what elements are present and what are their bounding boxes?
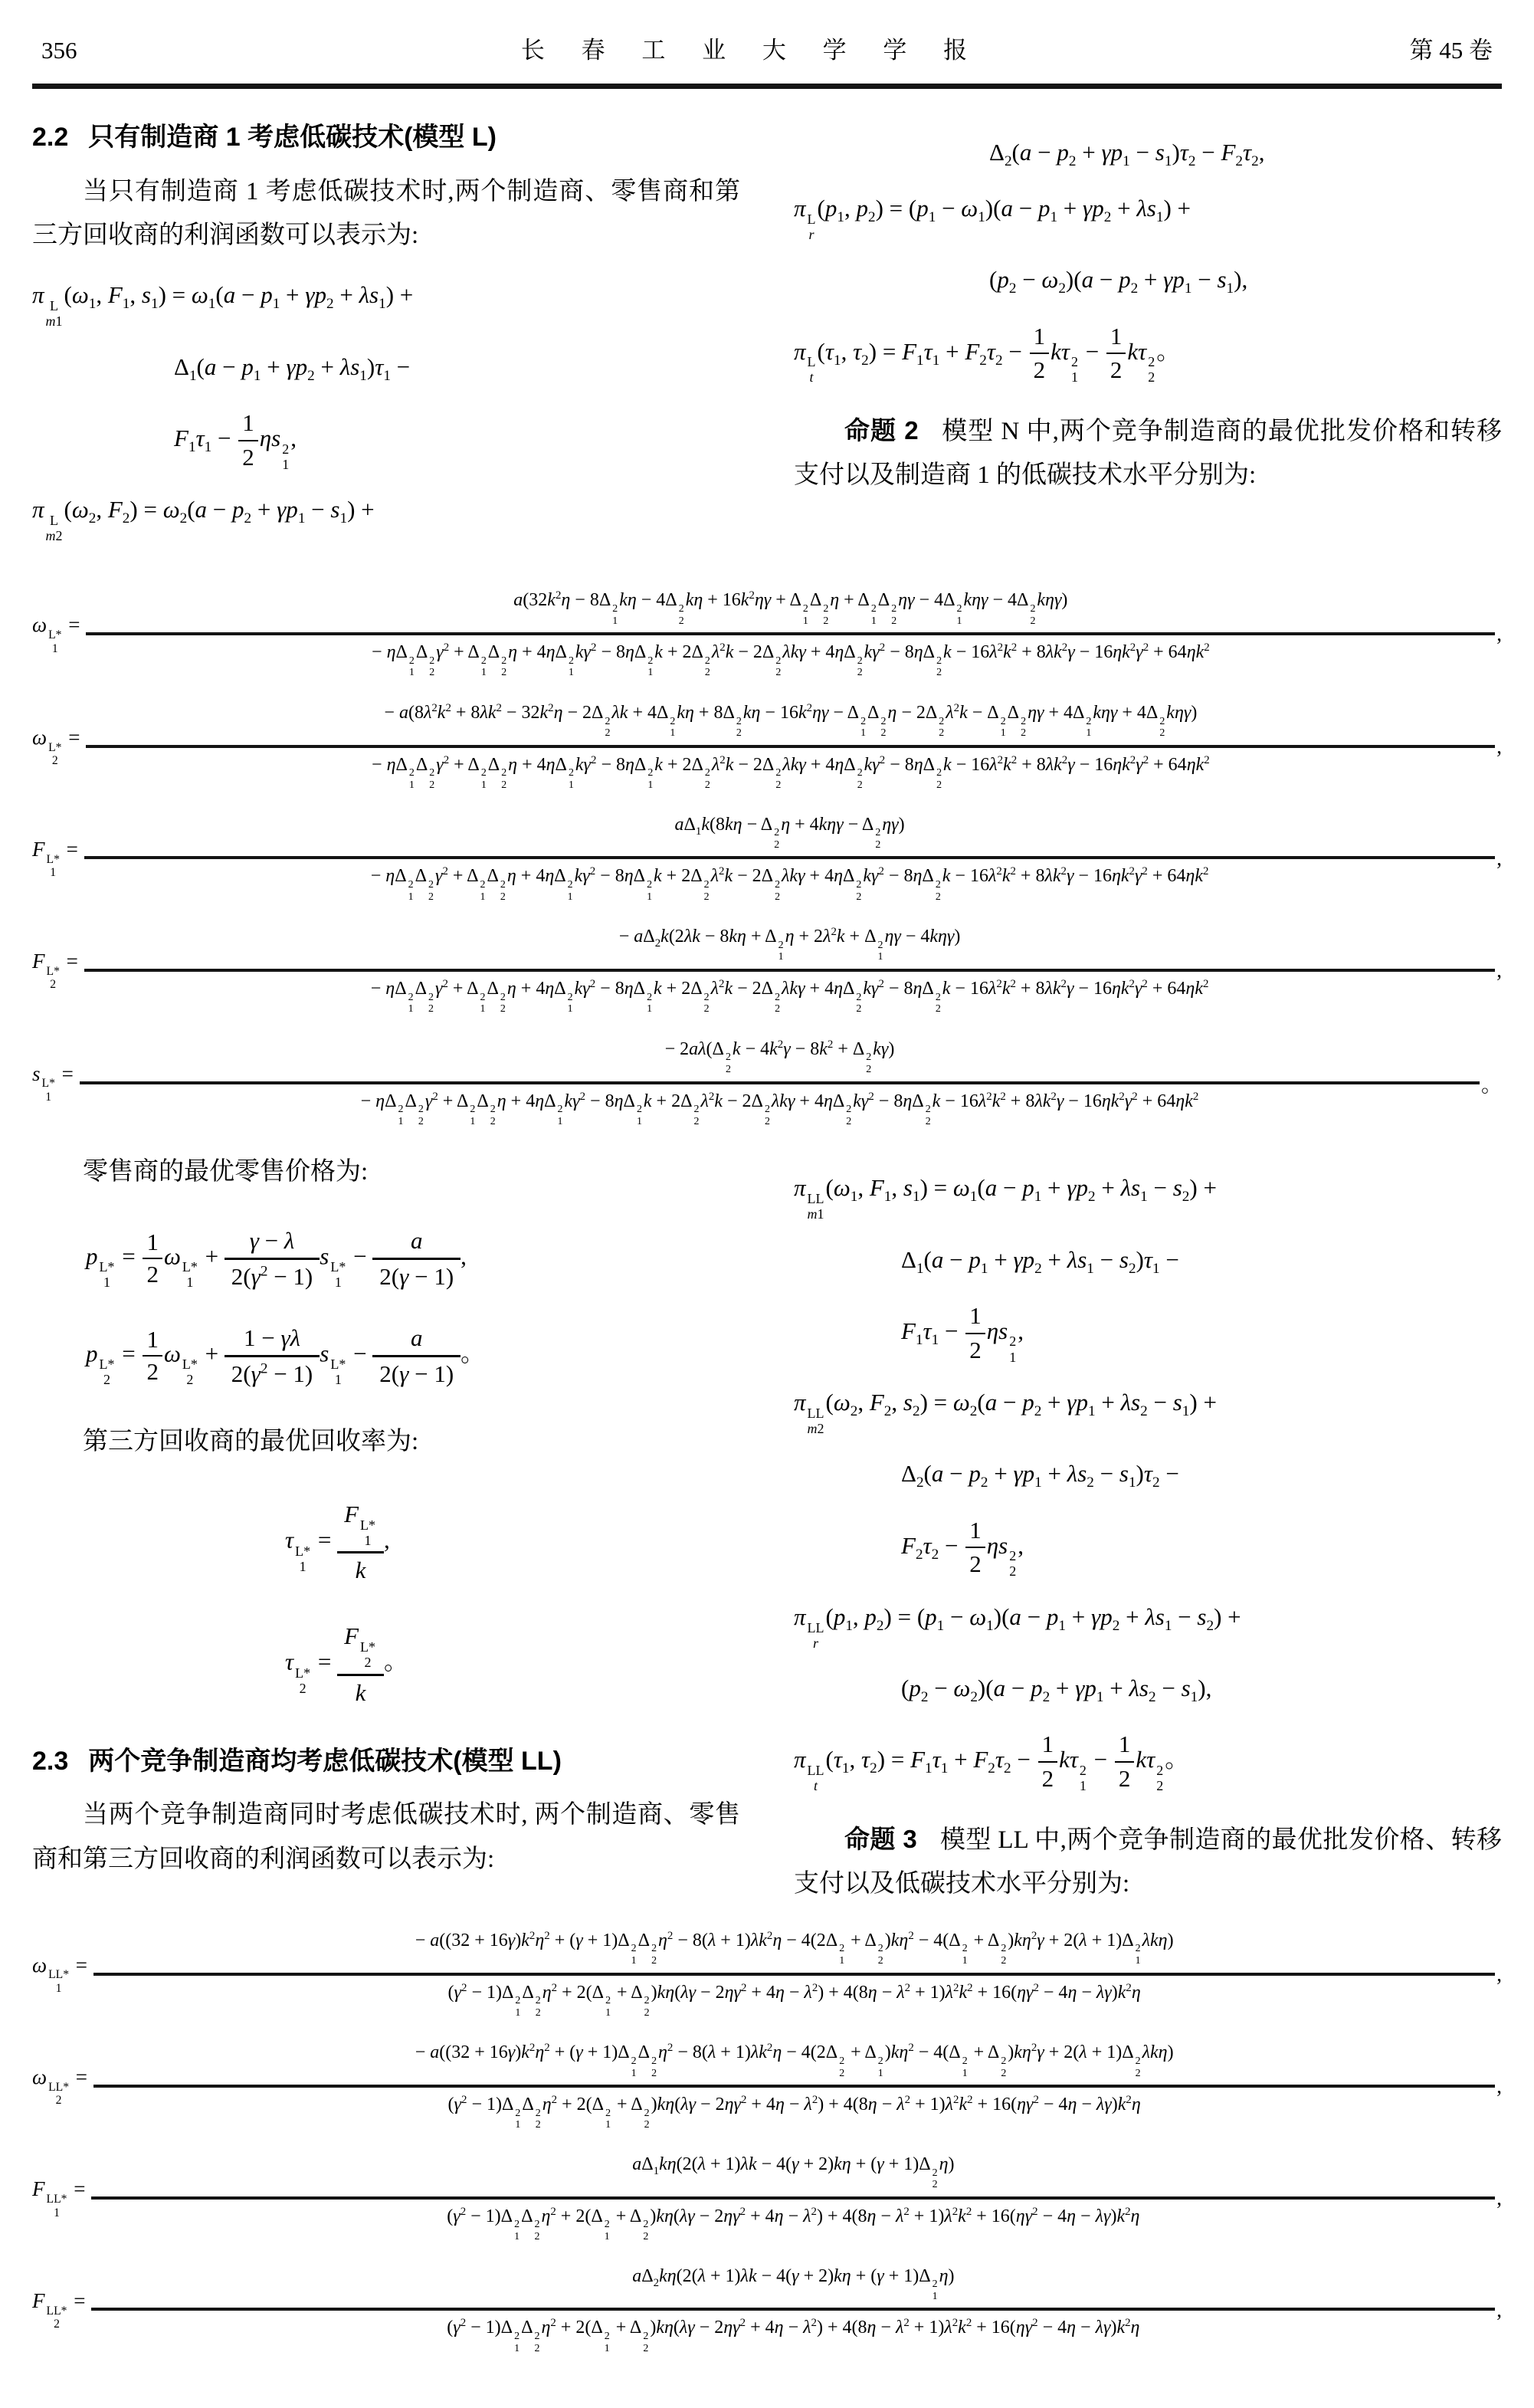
- left-column-middle: 零售商的最优零售价格为: pL*1 = 12ωL*1 + γ − λ2(γ2 −…: [32, 1150, 740, 1906]
- equation-denominator: (γ2 − 1)Δ21Δ22η2 + 2(Δ21 + Δ22)kη(λγ − 2…: [91, 2196, 1495, 2243]
- formula-pi-m1-LL-line2: Δ1(a − p1 + γp2 + λs1 − s2)τ1 −: [794, 1245, 1502, 1278]
- paragraph-retail-intro: 零售商的最优零售价格为:: [32, 1150, 740, 1194]
- section-2-2-heading: 2.2只有制造商 1 考虑低碳技术(模型 L): [32, 120, 740, 156]
- proposition-3-label: 命题 3: [844, 1825, 917, 1853]
- middle-two-column-block: 零售商的最优零售价格为: pL*1 = 12ωL*1 + γ − λ2(γ2 −…: [32, 1150, 1502, 1906]
- equation-denominator: − ηΔ21Δ22γ2 + Δ21Δ22η + 4ηΔ21kγ2 − 8ηΔ21…: [86, 632, 1495, 679]
- equation-tail: ,: [1496, 847, 1502, 871]
- formula-pi-m1-L-line1: πLm1(ω1, F1, s1) = ω1(a − p1 + γp2 + λs1…: [32, 280, 740, 329]
- equation-omega2-L-star: ωL*2 = − a(8λ2k2 + 8λk2 − 32k2η − 2Δ22λk…: [32, 702, 1502, 792]
- right-column-top: Δ2(a − p2 + γp1 − s1)τ2 − F2τ2, πLr(p1, …: [794, 115, 1502, 566]
- formula-pi-t-LL: πLLt(τ1, τ2) = F1τ1 + F2τ2 − 12kτ21 − 12…: [794, 1730, 1502, 1794]
- equation-lhs: FL*2 =: [32, 950, 78, 992]
- equation-F1-LL-star: FLL*1 = aΔ1kη(2(λ + 1)λk − 4(γ + 2)kη + …: [32, 2154, 1502, 2243]
- formula-pi-m2-LL-line3: F2τ2 − 12ηs22,: [794, 1516, 1502, 1580]
- equation-numerator: − a((32 + 16γ)k2η2 + (γ + 1)Δ21Δ22η2 − 8…: [93, 2042, 1495, 2085]
- equation-tail: ,: [1496, 2298, 1502, 2322]
- equation-numerator: − aΔ2k(2λk − 8kη + Δ21η + 2λ2k + Δ21ηγ −…: [84, 926, 1495, 969]
- equation-fraction: − a((32 + 16γ)k2η2 + (γ + 1)Δ21Δ22η2 − 8…: [93, 1930, 1495, 2019]
- section-2-3-title: 两个竞争制造商均考虑低碳技术(模型 LL): [88, 1747, 562, 1776]
- equation-denominator: − ηΔ21Δ22γ2 + Δ21Δ22η + 4ηΔ21kγ2 − 8ηΔ21…: [86, 745, 1495, 792]
- equation-numerator: aΔ1k(8kη − Δ22η + 4kηγ − Δ22ηγ): [84, 815, 1495, 857]
- equation-lhs: FL*1 =: [32, 838, 78, 880]
- equation-tail: ,: [1496, 2187, 1502, 2210]
- page-number: 356: [41, 37, 164, 64]
- equation-tail: ,: [1496, 959, 1502, 983]
- equation-fraction: − aΔ2k(2λk − 8kη + Δ21η + 2λ2k + Δ21ηγ −…: [84, 926, 1495, 1015]
- formula-pi-r-L-line2: (p2 − ω2)(a − p2 + γp1 − s1),: [794, 265, 1502, 298]
- equation-tail: ,: [1496, 2075, 1502, 2098]
- equation-tau1-L-star: τL*1 = FL*1k,: [32, 1499, 740, 1586]
- equation-fraction: a(32k2η − 8Δ21kη − 4Δ22kη + 16k2ηγ + Δ21…: [86, 589, 1495, 679]
- journal-page: 356 长 春 工 业 大 学 学 报 第 45 卷 2.2只有制造商 1 考虑…: [0, 0, 1534, 2408]
- equation-lhs: ωLL*1 =: [32, 1954, 87, 1996]
- equation-p2-L-star: pL*2 = 12ωL*2 + 1 − γλ2(γ2 − 1)sL*1 − a2…: [32, 1323, 740, 1389]
- section-2-3-number: 2.3: [32, 1747, 68, 1776]
- model-LL-equations-block: ωLL*1 = − a((32 + 16γ)k2η2 + (γ + 1)Δ21Δ…: [32, 1930, 1502, 2354]
- equation-lhs: ωL*1 =: [32, 613, 80, 655]
- equation-denominator: (γ2 − 1)Δ21Δ22η2 + 2(Δ21 + Δ22)kη(λγ − 2…: [93, 2085, 1495, 2131]
- journal-title: 长 春 工 业 大 学 学 报: [164, 31, 1339, 65]
- equation-denominator: (γ2 − 1)Δ21Δ22η2 + 2(Δ21 + Δ22)kη(λγ − 2…: [91, 2308, 1495, 2354]
- header-rule: [32, 84, 1502, 89]
- equation-lhs: sL*1 =: [32, 1062, 74, 1104]
- model-L-equations-block: ωL*1 = a(32k2η − 8Δ21kη − 4Δ22kη + 16k2η…: [32, 589, 1502, 1127]
- equation-F1-L-star: FL*1 = aΔ1k(8kη − Δ22η + 4kηγ − Δ22ηγ) −…: [32, 815, 1502, 904]
- formula-pi-m2-LL-line1: πLLm2(ω2, F2, s2) = ω2(a − p2 + γp1 + λs…: [794, 1388, 1502, 1436]
- equation-lhs: FLL*2 =: [32, 2289, 85, 2331]
- paragraph-recycler-intro: 第三方回收商的最优回收率为:: [32, 1420, 740, 1464]
- equation-denominator: (γ2 − 1)Δ21Δ22η2 + 2(Δ21 + Δ22)kη(λγ − 2…: [93, 1973, 1495, 2019]
- section-2-3-heading: 2.3两个竞争制造商均考虑低碳技术(模型 LL): [32, 1744, 740, 1780]
- formula-pi-m1-LL-line1: πLLm1(ω1, F1, s1) = ω1(a − p1 + γp2 + λs…: [794, 1173, 1502, 1222]
- equation-fraction: aΔ1kη(2(λ + 1)λk − 4(γ + 2)kη + (γ + 1)Δ…: [91, 2154, 1495, 2243]
- proposition-2-label: 命题 2: [844, 416, 919, 445]
- equation-denominator: − ηΔ21Δ22γ2 + Δ21Δ22η + 4ηΔ21kγ2 − 8ηΔ21…: [84, 969, 1495, 1015]
- equation-fraction: − a(8λ2k2 + 8λk2 − 32k2η − 2Δ22λk + 4Δ21…: [86, 702, 1495, 792]
- equation-omega1-L-star: ωL*1 = a(32k2η − 8Δ21kη − 4Δ22kη + 16k2η…: [32, 589, 1502, 679]
- equation-numerator: − 2aλ(Δ22k − 4k2γ − 8k2 + Δ22kγ): [80, 1038, 1480, 1081]
- equation-numerator: a(32k2η − 8Δ21kη − 4Δ22kη + 16k2ηγ + Δ21…: [86, 589, 1495, 632]
- equation-p1-L-star: pL*1 = 12ωL*1 + γ − λ2(γ2 − 1)sL*1 − a2(…: [32, 1225, 740, 1292]
- right-column-middle: πLLm1(ω1, F1, s1) = ω1(a − p1 + γp2 + λs…: [794, 1150, 1502, 1906]
- equation-F2-L-star: FL*2 = − aΔ2k(2λk − 8kη + Δ21η + 2λ2k + …: [32, 926, 1502, 1015]
- paragraph-intro-2-3: 当两个竞争制造商同时考虑低碳技术时, 两个制造商、零售商和第三方回收商的利润函数…: [32, 1793, 740, 1881]
- left-column-top: 2.2只有制造商 1 考虑低碳技术(模型 L) 当只有制造商 1 考虑低碳技术时…: [32, 115, 740, 566]
- formula-pi-m1-L-line2: Δ1(a − p1 + γp2 + λs1)τ1 −: [32, 353, 740, 385]
- proposition-2: 命题 2模型 N 中,两个竞争制造商的最优批发价格和转移支付以及制造商 1 的低…: [794, 408, 1502, 498]
- equation-denominator: − ηΔ21Δ22γ2 + Δ21Δ22η + 4ηΔ21kγ2 − 8ηΔ21…: [84, 856, 1495, 903]
- formula-pi-r-LL-line1: πLLr(p1, p2) = (p1 − ω1)(a − p1 + γp2 + …: [794, 1603, 1502, 1651]
- equation-tail: ,: [1496, 622, 1502, 646]
- equation-denominator: − ηΔ21Δ22γ2 + Δ21Δ22η + 4ηΔ21kγ2 − 8ηΔ21…: [80, 1081, 1480, 1128]
- volume-label: 第 45 卷: [1339, 31, 1493, 65]
- formula-pi-m1-L-line3: F1τ1 − 12ηs21,: [32, 408, 740, 473]
- equation-fraction: − 2aλ(Δ22k − 4k2γ − 8k2 + Δ22kγ) − ηΔ21Δ…: [80, 1038, 1480, 1128]
- equation-s1-L-star: sL*1 = − 2aλ(Δ22k − 4k2γ − 8k2 + Δ22kγ) …: [32, 1038, 1502, 1128]
- paragraph-intro-2-2: 当只有制造商 1 考虑低碳技术时,两个制造商、零售商和第三方回收商的利润函数可以…: [32, 170, 740, 258]
- equation-numerator: aΔ2kη(2(λ + 1)λk − 4(γ + 2)kη + (γ + 1)Δ…: [91, 2266, 1495, 2308]
- top-two-column-block: 2.2只有制造商 1 考虑低碳技术(模型 L) 当只有制造商 1 考虑低碳技术时…: [32, 115, 1502, 566]
- section-2-2-number: 2.2: [32, 123, 68, 152]
- formula-pi-r-L-line1: πLr(p1, p2) = (p1 − ω1)(a − p1 + γp2 + λ…: [794, 194, 1502, 242]
- section-2-2-title: 只有制造商 1 考虑低碳技术(模型 L): [88, 123, 497, 152]
- equation-numerator: − a(8λ2k2 + 8λk2 − 32k2η − 2Δ22λk + 4Δ21…: [86, 702, 1495, 745]
- equation-tail: ,: [1496, 735, 1502, 759]
- formula-pi-m2-LL-line2: Δ2(a − p2 + γp1 + λs2 − s1)τ2 −: [794, 1459, 1502, 1492]
- equation-tau2-L-star: τL*2 = FL*2k。: [32, 1621, 740, 1708]
- formula-pi-t-L: πLt(τ1, τ2) = F1τ1 + F2τ2 − 12kτ21 − 12k…: [794, 322, 1502, 386]
- equation-fraction: − a((32 + 16γ)k2η2 + (γ + 1)Δ21Δ22η2 − 8…: [93, 2042, 1495, 2131]
- proposition-3: 命题 3模型 LL 中,两个竞争制造商的最优批发价格、转移支付以及低碳技术水平分…: [794, 1817, 1502, 1907]
- equation-fraction: aΔ1k(8kη − Δ22η + 4kηγ − Δ22ηγ) − ηΔ21Δ2…: [84, 815, 1495, 904]
- formula-pi-m2-L-line2: Δ2(a − p2 + γp1 − s1)τ2 − F2τ2,: [794, 138, 1502, 171]
- formula-pi-m1-LL-line3: F1τ1 − 12ηs21,: [794, 1301, 1502, 1366]
- formula-pi-m2-L-line1: πLm2(ω2, F2) = ω2(a − p2 + γp1 − s1) +: [32, 495, 740, 543]
- equation-tail: ,: [1496, 1963, 1502, 1986]
- equation-lhs: ωL*2 =: [32, 726, 80, 768]
- equation-numerator: − a((32 + 16γ)k2η2 + (γ + 1)Δ21Δ22η2 − 8…: [93, 1930, 1495, 1973]
- formula-pi-r-LL-line2: (p2 − ω2)(a − p2 + γp1 + λs2 − s1),: [794, 1674, 1502, 1707]
- equation-lhs: FLL*1 =: [32, 2177, 85, 2219]
- equation-numerator: aΔ1kη(2(λ + 1)λk − 4(γ + 2)kη + (γ + 1)Δ…: [91, 2154, 1495, 2196]
- equation-tail: 。: [1481, 1068, 1502, 1098]
- equation-omega2-LL-star: ωLL*2 = − a((32 + 16γ)k2η2 + (γ + 1)Δ21Δ…: [32, 2042, 1502, 2131]
- page-header: 356 长 春 工 业 大 学 学 报 第 45 卷: [32, 8, 1502, 77]
- equation-omega1-LL-star: ωLL*1 = − a((32 + 16γ)k2η2 + (γ + 1)Δ21Δ…: [32, 1930, 1502, 2019]
- equation-lhs: ωLL*2 =: [32, 2065, 87, 2108]
